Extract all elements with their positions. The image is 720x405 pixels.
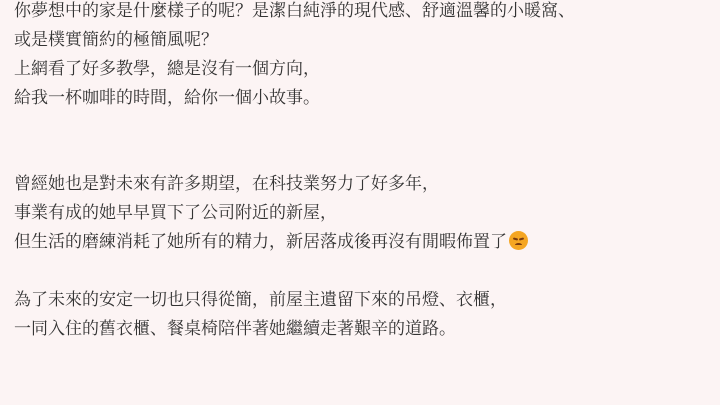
text-line: 給我一杯咖啡的時間，給你一個小故事。 xyxy=(14,84,714,113)
text-line: 事業有成的她早早買下了公司附近的新屋， xyxy=(14,199,714,228)
paragraph-story: 曾經她也是對未來有許多期望，在科技業努力了好多年， 事業有成的她早早買下了公司附… xyxy=(14,170,714,257)
text-line: 你夢想中的家是什麼樣子的呢？是潔白純淨的現代感、舒適溫馨的小暖窩、 xyxy=(14,0,714,26)
text-line: 為了未來的安定一切也只得從簡，前屋主遺留下來的吊燈、衣櫃， xyxy=(14,286,714,315)
emoji-mouth xyxy=(515,243,522,247)
disappointed-face-icon xyxy=(509,231,528,250)
paragraph-spacer xyxy=(14,113,714,142)
text-line: 或是樸實簡約的極簡風呢？ xyxy=(14,26,714,55)
text-line: 曾經她也是對未來有許多期望，在科技業努力了好多年， xyxy=(14,170,714,199)
paragraph-spacer xyxy=(14,142,714,170)
text-segment: 但生活的磨練消耗了她所有的精力，新居落成後再沒有閒暇佈置了 xyxy=(14,232,507,252)
paragraph-intro: 你夢想中的家是什麼樣子的呢？是潔白純淨的現代感、舒適溫馨的小暖窩、 或是樸實簡約… xyxy=(14,0,714,113)
text-line-with-emoji: 但生活的磨練消耗了她所有的精力，新居落成後再沒有閒暇佈置了 xyxy=(14,228,714,257)
text-line: 一同入住的舊衣櫃、餐桌椅陪伴著她繼續走著艱辛的道路。 xyxy=(14,315,714,344)
article-body: 你夢想中的家是什麼樣子的呢？是潔白純淨的現代感、舒適溫馨的小暖窩、 或是樸實簡約… xyxy=(14,0,714,344)
paragraph-spacer xyxy=(14,257,714,286)
text-line: 上網看了好多教學，總是沒有一個方向， xyxy=(14,55,714,84)
paragraph-furniture: 為了未來的安定一切也只得從簡，前屋主遺留下來的吊燈、衣櫃， 一同入住的舊衣櫃、餐… xyxy=(14,286,714,344)
